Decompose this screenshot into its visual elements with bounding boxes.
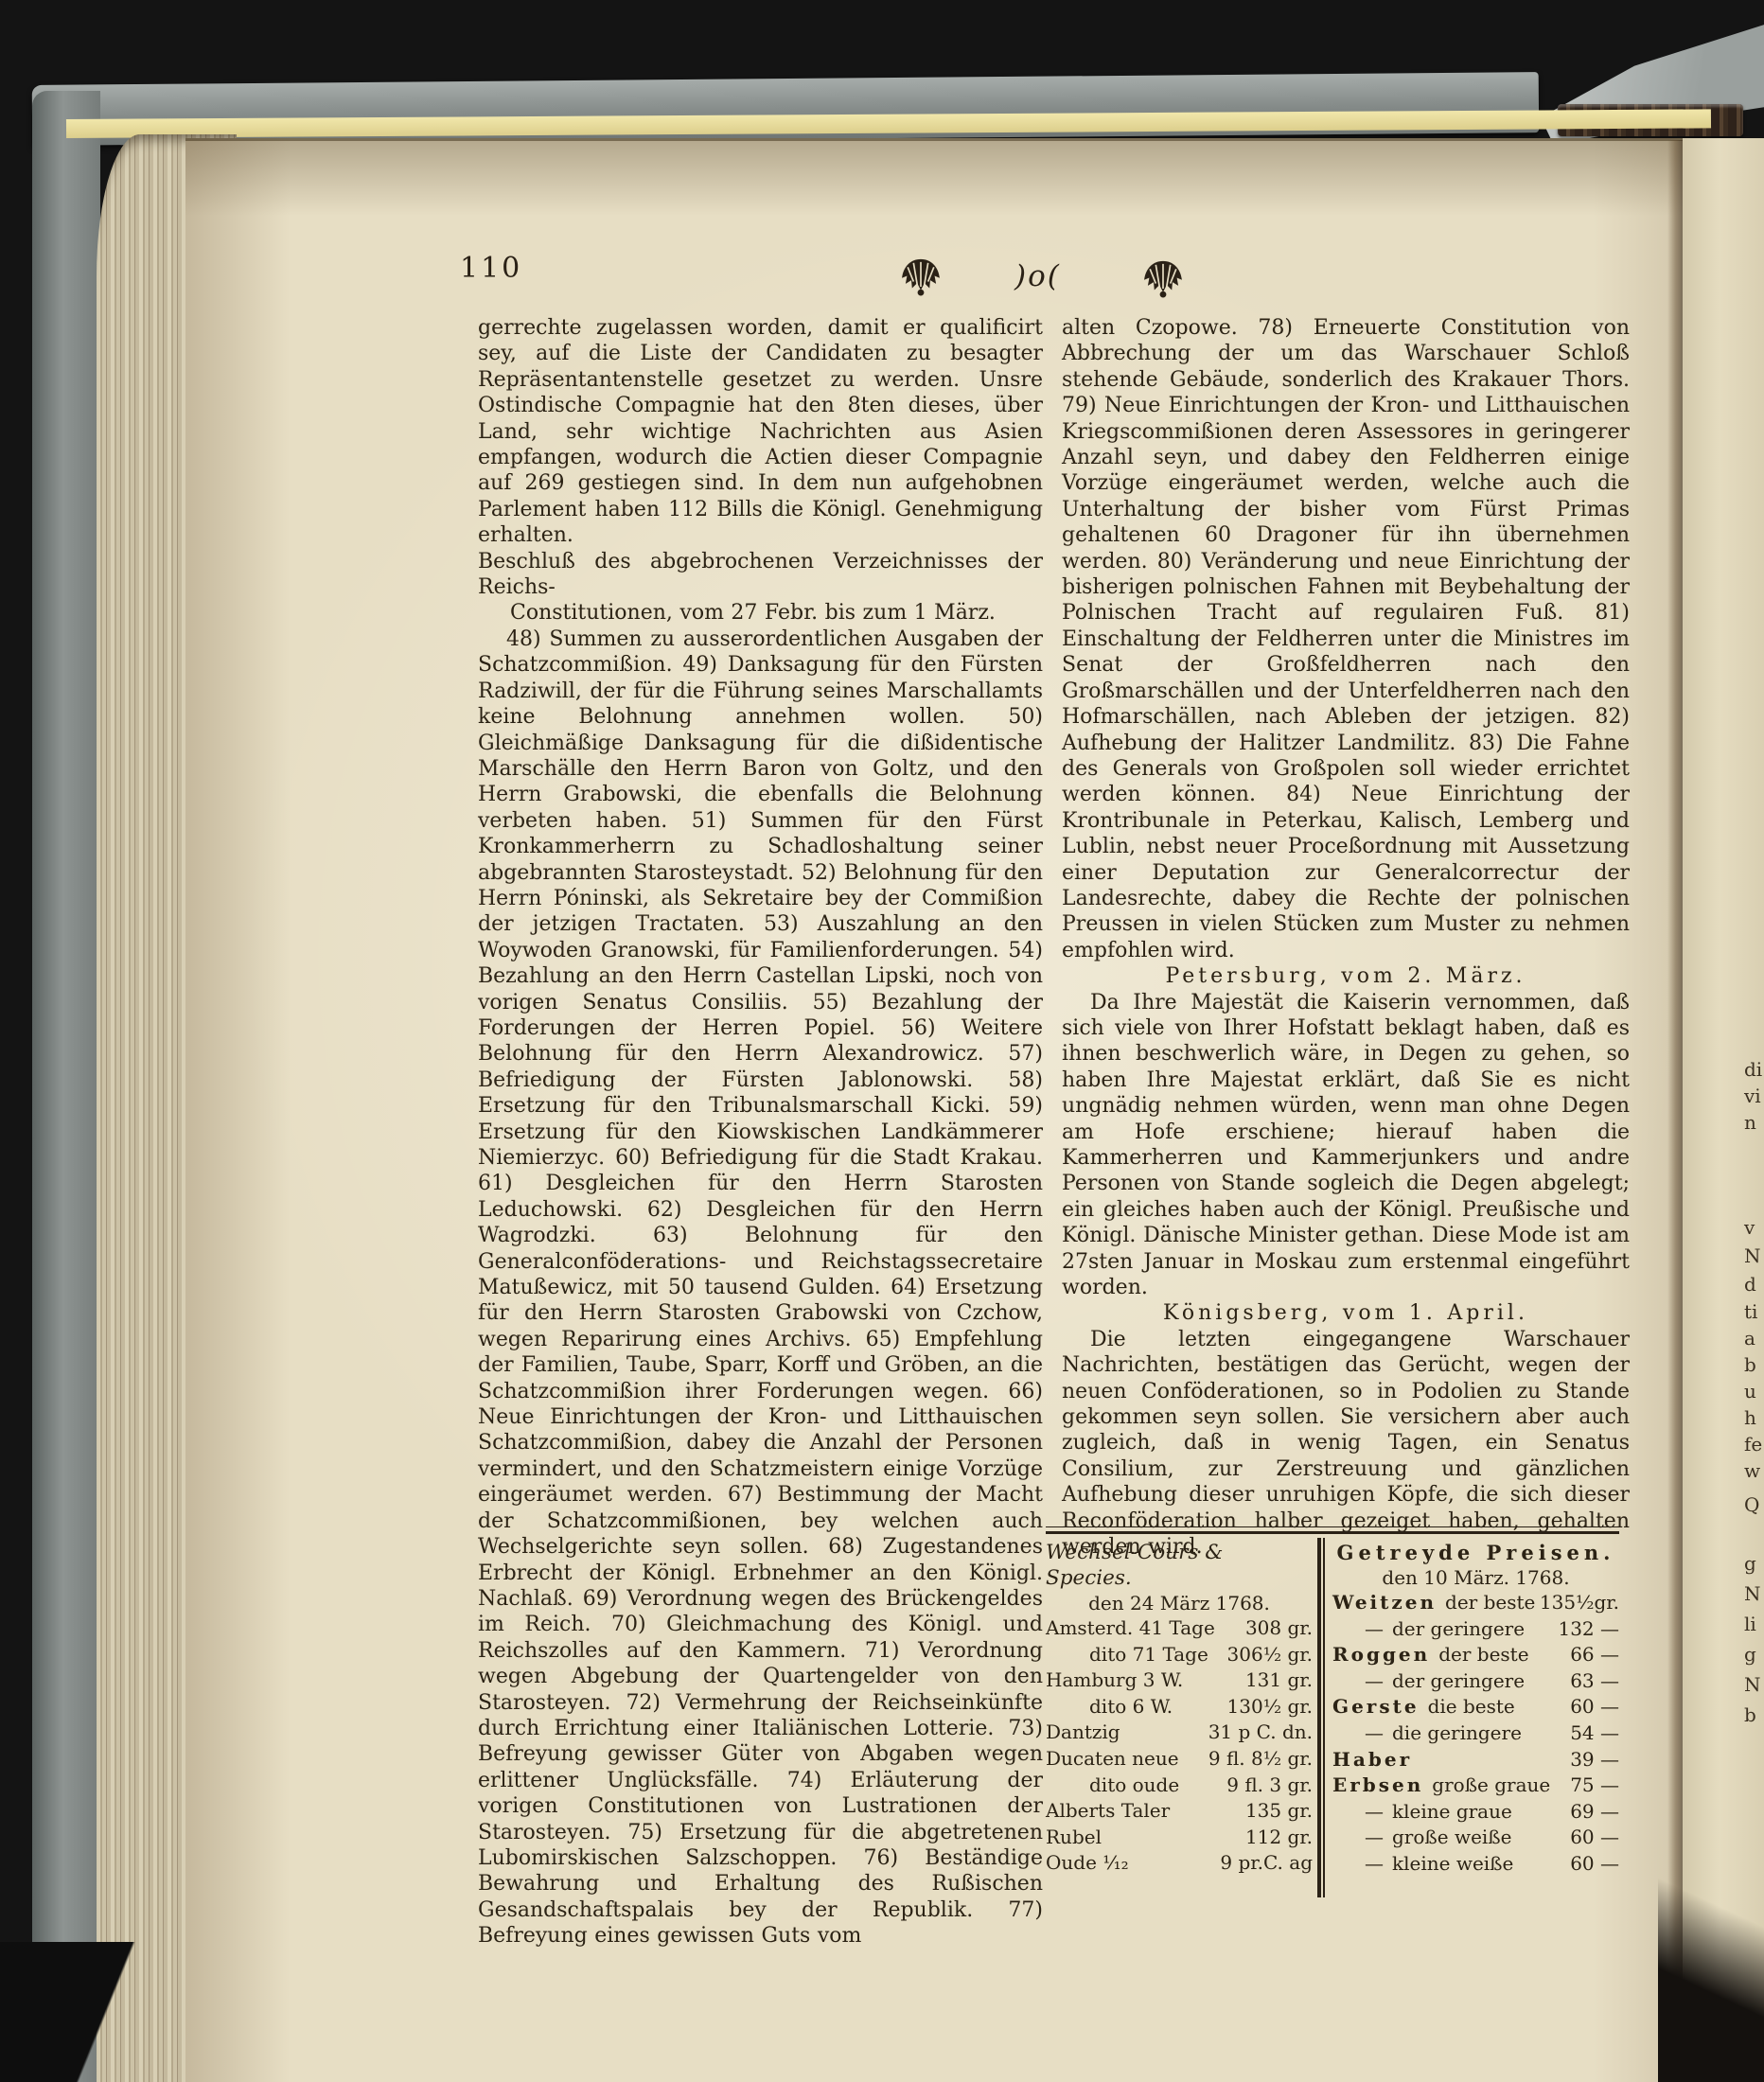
edge-fragment-letter: u xyxy=(1744,1380,1756,1403)
book-cover-left-board xyxy=(32,91,100,2082)
shell-ornament-icon xyxy=(899,257,943,297)
table-row: —der geringere63 — xyxy=(1332,1668,1619,1695)
grain-price-table: Getreyde Preisen. den 10 März. 1768. Wei… xyxy=(1332,1540,1619,1878)
edge-fragment-letter: vi xyxy=(1744,1085,1761,1107)
section-heading-line1: Beschluß des abgebrochenen Verzeichnisse… xyxy=(478,549,1043,601)
edge-fragment-letter: g xyxy=(1744,1552,1756,1575)
shadow-bottom-right xyxy=(1658,1847,1764,2082)
table-row: —kleine weiße60 — xyxy=(1332,1851,1619,1878)
table-row: dito 71 Tage306½ gr. xyxy=(1046,1642,1313,1668)
edge-fragment-letter: w xyxy=(1744,1459,1760,1482)
table-row: Amsterd. 41 Tage308 gr. xyxy=(1046,1615,1313,1642)
header-ornament-center: )o( xyxy=(1014,259,1061,293)
constitutions-items-78-84: alten Czopowe. 78) Erneuerte Constitutio… xyxy=(1062,315,1630,963)
section-heading-line2: Constitutionen, vom 27 Febr. bis zum 1 M… xyxy=(478,600,1043,626)
edge-fragment-letter: d xyxy=(1744,1273,1756,1296)
constitutions-items-48-77: 48) Summen zu ausserordentlichen Ausgabe… xyxy=(478,626,1043,1950)
table-row: Roggender beste66 — xyxy=(1332,1642,1619,1668)
right-text-column: alten Czopowe. 78) Erneuerte Constitutio… xyxy=(1062,315,1630,1536)
edge-fragment-letter: a xyxy=(1744,1327,1755,1350)
edge-fragment-letter: li xyxy=(1744,1613,1756,1635)
table-row: Oude ¹⁄₁₂9 pr.C. ag xyxy=(1046,1850,1313,1877)
edge-fragment-letter: b xyxy=(1744,1353,1756,1376)
koenigsberg-article: Die letzten eingegangene Warschauer Nach… xyxy=(1062,1327,1630,1561)
edge-fragment-letter: ti xyxy=(1744,1300,1757,1323)
edge-fragment-letter: N xyxy=(1744,1673,1761,1696)
grain-table-date: den 10 März. 1768. xyxy=(1332,1565,1619,1590)
heading-petersburg: Petersburg, vom 2. März. xyxy=(1062,963,1630,989)
table-row: Alberts Taler135 gr. xyxy=(1046,1798,1313,1825)
edge-fragment-letter: n xyxy=(1744,1111,1756,1134)
table-row: Erbsengroße graue75 — xyxy=(1332,1773,1619,1799)
table-row: Haber39 — xyxy=(1332,1747,1619,1773)
shell-ornament-icon xyxy=(1141,259,1185,299)
table-row: Hamburg 3 W.131 gr. xyxy=(1046,1667,1313,1694)
table-row: dito oude9 fl. 3 gr. xyxy=(1046,1773,1313,1799)
edge-fragment-letter: N xyxy=(1744,1244,1761,1267)
edge-fragment-letter: di xyxy=(1744,1058,1762,1081)
price-tables: Wechsel-Cours & Species. den 24 März 176… xyxy=(1046,1531,1619,1905)
grain-table-title: Getreyde Preisen. xyxy=(1332,1540,1619,1565)
edge-fragment-letter: h xyxy=(1744,1406,1756,1429)
edge-fragment-letter: b xyxy=(1744,1703,1756,1726)
exchange-table-date: den 24 März 1768. xyxy=(1046,1591,1313,1615)
edge-fragment-letter: fe xyxy=(1744,1433,1762,1456)
table-divider-rule xyxy=(1317,1538,1325,1897)
edge-fragment-letter: N xyxy=(1744,1582,1761,1605)
gutter-shadow xyxy=(1667,140,1683,2082)
exchange-table-title: Wechsel-Cours & Species. xyxy=(1046,1540,1313,1591)
heading-koenigsberg: Königsberg, vom 1. April. xyxy=(1062,1300,1630,1326)
table-row: Weitzender beste135½gr. xyxy=(1332,1590,1619,1616)
table-row: —kleine graue69 — xyxy=(1332,1799,1619,1826)
table-row: Dantzig31 p C. dn. xyxy=(1046,1720,1313,1746)
table-row: —die geringere54 — xyxy=(1332,1720,1619,1747)
petersburg-article: Da Ihre Majestät die Kaiserin vernommen,… xyxy=(1062,990,1630,1301)
edge-fragment-letter: Q xyxy=(1744,1493,1759,1516)
table-row: —der geringere132 — xyxy=(1332,1616,1619,1643)
left-text-column: gerrechte zugelassen worden, damit er qu… xyxy=(478,315,1043,1924)
table-row: Rubel112 gr. xyxy=(1046,1825,1313,1851)
table-row: Ducaten neue9 fl. 8½ gr. xyxy=(1046,1746,1313,1773)
shadow-bottom-left xyxy=(0,1942,199,2082)
facing-page-sliver xyxy=(1683,138,1764,2082)
table-row: dito 6 W.130½ gr. xyxy=(1046,1694,1313,1720)
edge-fragment-letter: v xyxy=(1744,1216,1755,1239)
table-row: —große weiße60 — xyxy=(1332,1825,1619,1851)
table-row: Gerstedie beste60 — xyxy=(1332,1694,1619,1720)
page-number: 110 xyxy=(460,252,522,285)
intro-paragraph: gerrechte zugelassen worden, damit er qu… xyxy=(478,315,1043,549)
exchange-rate-table: Wechsel-Cours & Species. den 24 März 176… xyxy=(1046,1540,1313,1877)
edge-fragment-letter: g xyxy=(1744,1643,1756,1666)
